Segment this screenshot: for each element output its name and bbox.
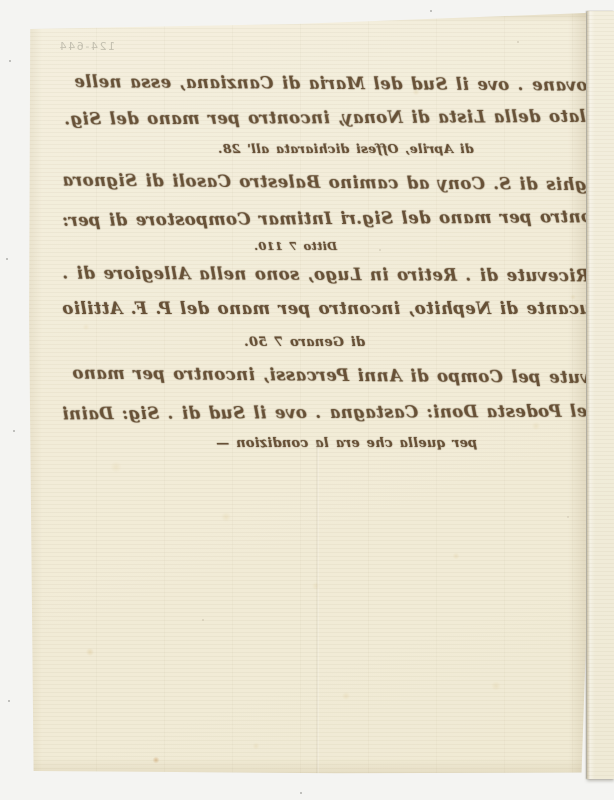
bleedthrough-line: Ditto 7 110. — [254, 239, 337, 253]
bleedthrough-line: Ricevute pel Compo di Anni Percassi, inc… — [72, 364, 614, 388]
dust-speck — [6, 258, 8, 260]
bleedthrough-line: per quella che era la condizion — — [216, 436, 477, 451]
bleedthrough-line: incontro per mano del Sig.ri Intimar Com… — [62, 207, 614, 230]
dust-speck — [8, 700, 10, 702]
bleedthrough-line: Giovane . ove il Sud del Maria di Canzia… — [74, 72, 609, 95]
manuscript-page: 124-644 Giovane . ove il Sud del Maria d… — [28, 12, 586, 774]
bleedthrough-line: Longhis di S. Cony ad camino Balestro Ca… — [62, 171, 614, 195]
second-leaf-edge — [587, 11, 614, 779]
dust-speck — [430, 10, 432, 12]
bleedthrough-line: Lucante di Nephito, incontro per mano de… — [62, 299, 603, 318]
bleedthrough-line: Ricevute di . Retiro in Lugo, sono nella… — [62, 264, 590, 286]
dust-speck — [300, 792, 302, 794]
fold-crease-center — [316, 442, 320, 786]
dust-speck — [9, 60, 11, 62]
bleedthrough-line: Sono dal lato della Lista di Nonay, inco… — [64, 106, 614, 128]
bleedthrough-line: del Podesta Doni: Castagna . ove il Sud … — [62, 402, 599, 424]
bleedthrough-line: di Aprile, Offesi dichiarata all' 28. — [218, 141, 474, 156]
archival-number-pencil: 124-644 — [58, 40, 115, 53]
scanned-document-screenshot: { "scan": { "kind_label": "manuscript le… — [0, 0, 614, 800]
bleedthrough-line: di Genaro 7 50. — [244, 335, 365, 350]
dust-speck — [13, 430, 15, 432]
